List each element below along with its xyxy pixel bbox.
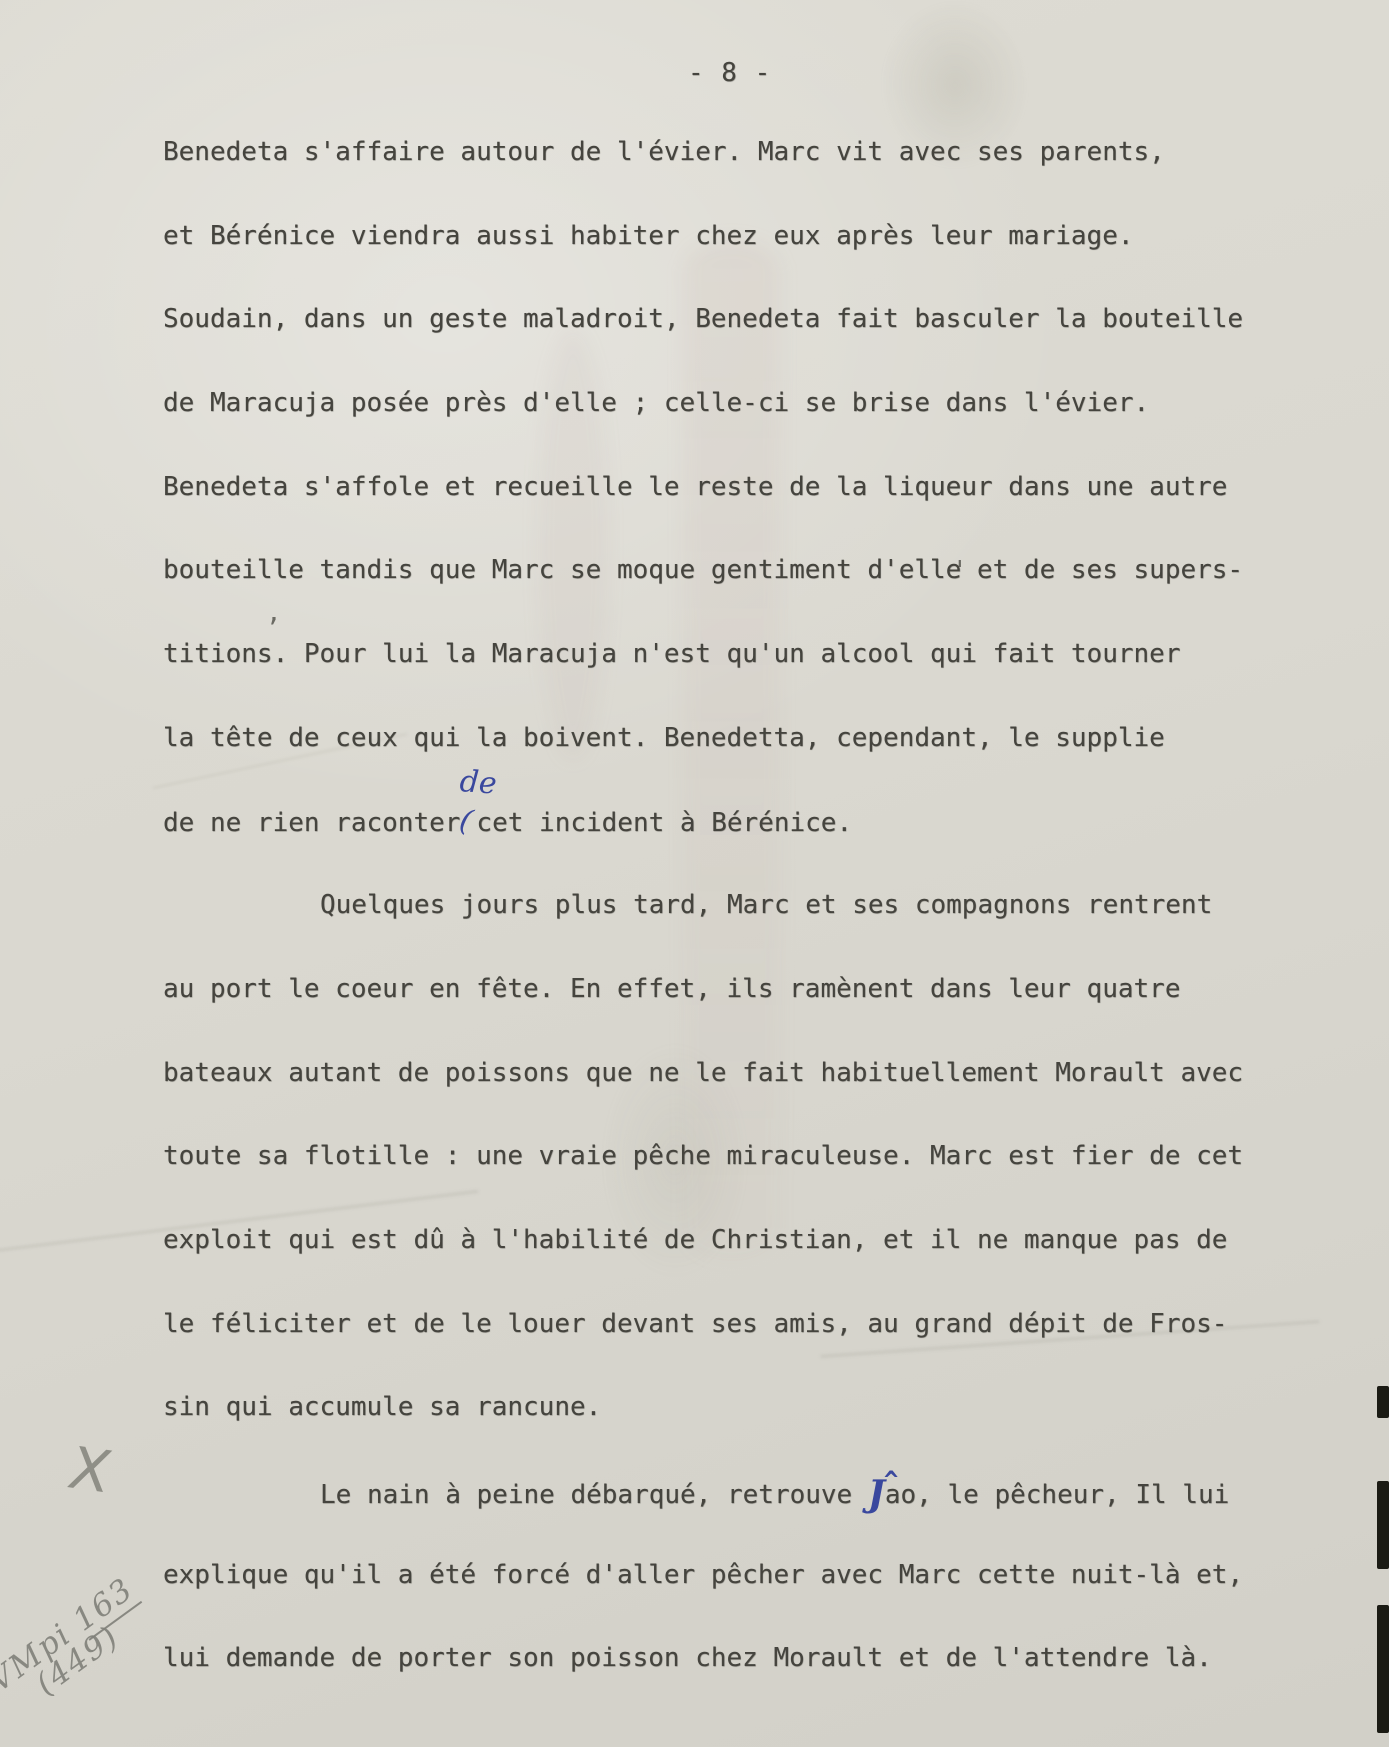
scanned-typescript-page: - 8 - Benedeta s'affaire autour de l'évi… xyxy=(0,0,1389,1747)
page-number: - 8 - xyxy=(688,58,771,88)
typed-text: Benedeta s'affaire autour de l'évier. Ma… xyxy=(163,137,1323,1727)
typed-segment: exploit qui est dû à l'habilité de Chris… xyxy=(163,1225,1227,1255)
typed-line: exploit qui est dû à l'habilité de Chris… xyxy=(163,1225,1323,1309)
typed-segment: Quelques jours plus tard, Marc et ses co… xyxy=(320,890,1212,920)
typed-line: de ne rien raconter(decet incident à Bér… xyxy=(163,807,1323,891)
typed-segment: au port le coeur en fête. En effet, ils … xyxy=(163,974,1180,1004)
handwritten-letter-j: J xyxy=(868,1479,885,1509)
typed-segment: et Bérénice viendra aussi habiter chez e… xyxy=(163,221,1134,251)
typed-line: explique qu'il a été forcé d'aller pêche… xyxy=(163,1560,1323,1644)
typed-line: et Bérénice viendra aussi habiter chez e… xyxy=(163,221,1323,305)
margin-x-mark: X xyxy=(62,1434,118,1506)
typed-segment: lui demande de porter son poisson chez M… xyxy=(163,1643,1212,1673)
typed-segment: Soudain, dans un geste maladroit, Benede… xyxy=(163,304,1243,334)
typed-segment: titions. Pour lui la Maracuja n'est qu'u… xyxy=(163,639,1180,669)
typed-line: Benedeta s'affaire autour de l'évier. Ma… xyxy=(163,137,1323,221)
typed-line: Le nain à peine débarqué, retrouve Jao,^… xyxy=(163,1476,1323,1560)
typed-line: lui demande de porter son poisson chez M… xyxy=(163,1643,1323,1727)
typed-line: au port le coeur en fête. En effet, ils … xyxy=(163,974,1323,1058)
typed-line: bouteille tandis que Marc se moque genti… xyxy=(163,555,1323,639)
typed-segment: de ne rien raconter xyxy=(163,808,460,838)
typed-line: Benedeta s'affole et recueille le reste … xyxy=(163,472,1323,556)
typed-line: la tête de ceux qui la boivent. Benedett… xyxy=(163,723,1323,807)
typed-segment: Le nain à peine débarqué, retrouve xyxy=(320,1480,868,1510)
corrected-name: ao,^ xyxy=(885,1480,932,1510)
typed-segment: la tête de ceux qui la boivent. Benedett… xyxy=(163,723,1165,753)
typed-line: sin qui accumule sa rancune. xyxy=(163,1392,1323,1476)
typed-line: Quelques jours plus tard, Marc et ses co… xyxy=(163,890,1323,974)
typed-line: titions. Pour lui la Maracuja n'est qu'u… xyxy=(163,639,1323,723)
handwritten-insert-word: de xyxy=(459,767,498,800)
typed-line: toute sa flotille : une vraie pêche mira… xyxy=(163,1141,1323,1225)
typed-line: de Maracuja posée près d'elle ; celle-ci… xyxy=(163,388,1323,472)
typed-segment: sin qui accumule sa rancune. xyxy=(163,1392,601,1422)
typed-segment: Benedeta s'affole et recueille le reste … xyxy=(163,472,1227,502)
scan-edge-artifact xyxy=(1377,1481,1389,1569)
typed-segment: toute sa flotille : une vraie pêche mira… xyxy=(163,1141,1243,1171)
typed-segment: de Maracuja posée près d'elle ; celle-ci… xyxy=(163,388,1149,418)
archive-note: VMpi 163 (449) xyxy=(0,1571,158,1724)
typed-segment: Benedeta s'affaire autour de l'évier. Ma… xyxy=(163,137,1165,167)
typed-segment: bouteille tandis que Marc se moque genti… xyxy=(163,555,1243,585)
typed-segment: le féliciter et de le louer devant ses a… xyxy=(163,1309,1227,1339)
typed-segment: explique qu'il a été forcé d'aller pêche… xyxy=(163,1560,1243,1590)
typed-line: Soudain, dans un geste maladroit, Benede… xyxy=(163,304,1323,388)
scan-edge-artifact xyxy=(1377,1605,1389,1733)
stray-apostrophe-mark: ' xyxy=(952,556,968,586)
handwritten-circumflex: ^ xyxy=(884,1465,898,1495)
typed-line: bateaux autant de poissons que ne le fai… xyxy=(163,1058,1323,1142)
scan-edge-artifact xyxy=(1377,1386,1389,1418)
stray-comma-mark: , xyxy=(266,598,282,628)
typed-segment: bateaux autant de poissons que ne le fai… xyxy=(163,1058,1243,1088)
typed-segment: le pêcheur, Il lui xyxy=(932,1480,1229,1510)
typed-segment: cet incident à Bérénice. xyxy=(476,808,852,838)
typed-line: le féliciter et de le louer devant ses a… xyxy=(163,1309,1323,1393)
